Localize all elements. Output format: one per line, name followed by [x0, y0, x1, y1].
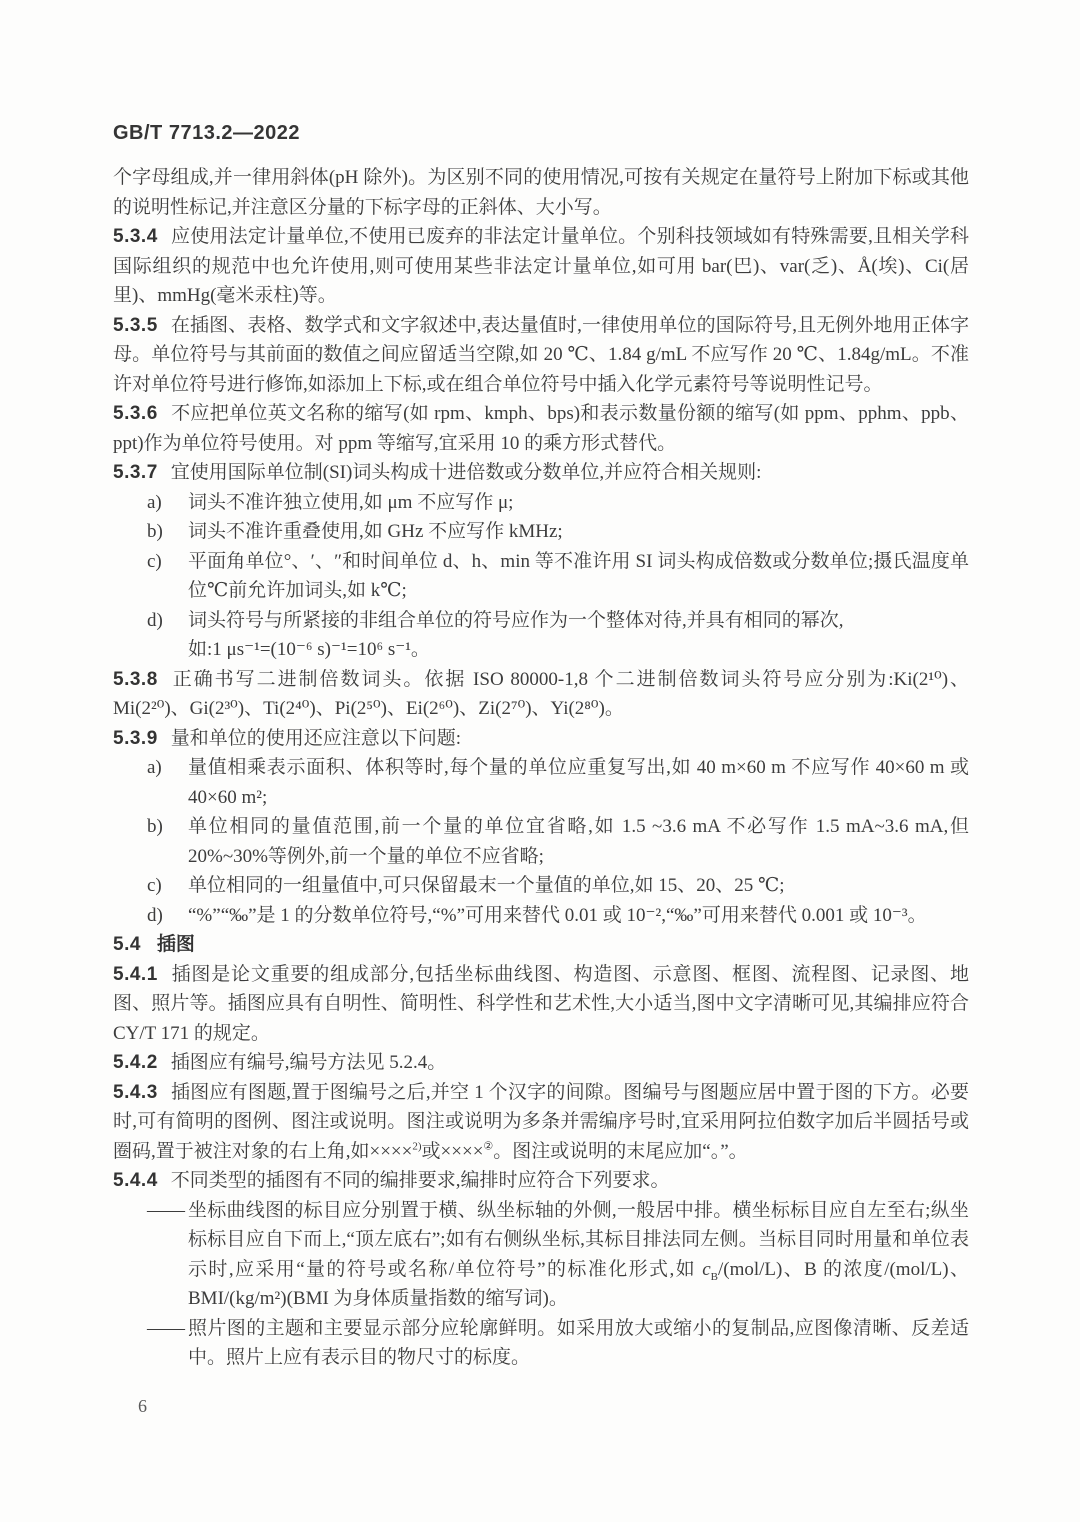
list-item-line1: 词头符号与所紧接的非组合单位的符号应作为一个整体对待,并具有相同的幂次, [188, 610, 844, 631]
clause-5-4-2: 5.4.2插图应有编号,编号方法见 5.2.4。 [113, 1048, 969, 1078]
clause-5-3-4: 5.3.4应使用法定计量单位,不使用已废弃的非法定计量单位。个别科技领域如有特殊… [113, 222, 969, 311]
list-item-d: d) “%”“‰”是 1 的分数单位符号,“%”可用来替代 0.01 或 10⁻… [113, 901, 969, 931]
clause-5-3-7-list: a) 词头不准许独立使用,如 μm 不应写作 μ; b) 词头不准许重叠使用,如… [113, 488, 969, 665]
clause-5-3-9: 5.3.9量和单位的使用还应注意以下问题: [113, 724, 969, 754]
clause-text: 在插图、表格、数学式和文字叙述中,表达量值时,一律使用单位的国际符号,且无例外地… [113, 315, 969, 395]
clause-number: 5.3.7 [113, 462, 158, 483]
clause-5-4-4: 5.4.4不同类型的插图有不同的编排要求,编排时应符合下列要求。 [113, 1166, 969, 1196]
clause-5-4-4-list: —— 坐标曲线图的标目应分别置于横、纵坐标轴的外侧,一般居中排。横坐标标目应自左… [113, 1196, 969, 1373]
list-item-text: “%”“‰”是 1 的分数单位符号,“%”可用来替代 0.01 或 10⁻²,“… [188, 901, 969, 931]
section-title: 插图 [157, 934, 195, 955]
dash-item-coordinate-charts: —— 坐标曲线图的标目应分别置于横、纵坐标轴的外侧,一般居中排。横坐标标目应自左… [113, 1196, 969, 1314]
clause-text: 应使用法定计量单位,不使用已废弃的非法定计量单位。个别科技领域如有特殊需要,且相… [113, 226, 969, 306]
clause-number: 5.4.2 [113, 1052, 158, 1073]
list-item-label: c) [113, 547, 188, 606]
list-item-label: b) [113, 812, 188, 871]
document-page: GB/T 7713.2—2022 个字母组成,并一律用斜体(pH 除外)。为区别… [0, 0, 1080, 1522]
list-item-label: d) [113, 606, 188, 665]
paragraph-continuation: 个字母组成,并一律用斜体(pH 除外)。为区别不同的使用情况,可按有关规定在量符… [113, 163, 969, 222]
list-item-text: 平面角单位°、′、″和时间单位 d、h、min 等不准许用 SI 词头构成倍数或… [188, 547, 969, 606]
clause-number: 5.3.6 [113, 403, 158, 424]
list-item-b: b) 单位相同的量值范围,前一个量的单位宜省略,如 1.5 ~3.6 mA 不必… [113, 812, 969, 871]
page-number: 6 [138, 1396, 147, 1417]
clause-text: 插图是论文重要的组成部分,包括坐标曲线图、构造图、示意图、框图、流程图、记录图、… [113, 964, 969, 1044]
document-body: 个字母组成,并一律用斜体(pH 除外)。为区别不同的使用情况,可按有关规定在量符… [113, 163, 969, 1373]
list-item-label: b) [113, 517, 188, 547]
clause-5-3-8: 5.3.8正确书写二进制倍数词头。依据 ISO 80000-1,8 个二进制倍数… [113, 665, 969, 724]
clause-number: 5.4.3 [113, 1082, 158, 1103]
standard-number-header: GB/T 7713.2—2022 [113, 122, 300, 145]
clause-5-4-1: 5.4.1插图是论文重要的组成部分,包括坐标曲线图、构造图、示意图、框图、流程图… [113, 960, 969, 1049]
clause-text: 宜使用国际单位制(SI)词头构成十进倍数或分数单位,并应符合相关规则: [171, 462, 762, 483]
clause-5-3-6: 5.3.6不应把单位英文名称的缩写(如 rpm、kmph、bps)和表示数量份额… [113, 399, 969, 458]
list-item-text: 单位相同的一组量值中,可只保留最末一个量值的单位,如 15、20、25 ℃; [188, 871, 969, 901]
list-item-c: c) 单位相同的一组量值中,可只保留最末一个量值的单位,如 15、20、25 ℃… [113, 871, 969, 901]
dash-marker: —— [113, 1314, 188, 1373]
dash-marker: —— [113, 1196, 188, 1314]
section-heading-5-4: 5.4插图 [113, 930, 969, 960]
list-item-text: 量值相乘表示面积、体积等时,每个量的单位应重复写出,如 40 m×60 m 不应… [188, 753, 969, 812]
list-item-label: a) [113, 488, 188, 518]
clause-number: 5.3.8 [113, 669, 158, 690]
list-item-label: d) [113, 901, 188, 931]
clause-number: 5.3.4 [113, 226, 158, 247]
list-item-b: b) 词头不准许重叠使用,如 GHz 不应写作 kMHz; [113, 517, 969, 547]
list-item-text: 单位相同的量值范围,前一个量的单位宜省略,如 1.5 ~3.6 mA 不必写作 … [188, 812, 969, 871]
list-item-c: c) 平面角单位°、′、″和时间单位 d、h、min 等不准许用 SI 词头构成… [113, 547, 969, 606]
clause-text: 插图应有图题,置于图编号之后,并空 1 个汉字的间隙。图编号与图题应居中置于图的… [113, 1082, 969, 1162]
clause-text: 不应把单位英文名称的缩写(如 rpm、kmph、bps)和表示数量份额的缩写(如… [113, 403, 969, 454]
list-item-label: a) [113, 753, 188, 812]
list-item-a: a) 量值相乘表示面积、体积等时,每个量的单位应重复写出,如 40 m×60 m… [113, 753, 969, 812]
list-item-text: 词头符号与所紧接的非组合单位的符号应作为一个整体对待,并具有相同的幂次,如:1 … [188, 606, 969, 665]
list-item-text: 词头不准许重叠使用,如 GHz 不应写作 kMHz; [188, 517, 969, 547]
list-item-a: a) 词头不准许独立使用,如 μm 不应写作 μ; [113, 488, 969, 518]
clause-5-3-9-list: a) 量值相乘表示面积、体积等时,每个量的单位应重复写出,如 40 m×60 m… [113, 753, 969, 930]
clause-number: 5.3.5 [113, 315, 158, 336]
clause-5-3-7: 5.3.7宜使用国际单位制(SI)词头构成十进倍数或分数单位,并应符合相关规则: [113, 458, 969, 488]
list-item-label: c) [113, 871, 188, 901]
clause-text: 不同类型的插图有不同的编排要求,编排时应符合下列要求。 [171, 1170, 670, 1191]
clause-number: 5.4.4 [113, 1170, 158, 1191]
section-number: 5.4 [113, 934, 141, 955]
clause-number: 5.3.9 [113, 728, 158, 749]
list-item-text: 词头不准许独立使用,如 μm 不应写作 μ; [188, 488, 969, 518]
clause-5-4-3: 5.4.3插图应有图题,置于图编号之后,并空 1 个汉字的间隙。图编号与图题应居… [113, 1078, 969, 1167]
clause-number: 5.4.1 [113, 964, 158, 985]
dash-item-text: 坐标曲线图的标目应分别置于横、纵坐标轴的外侧,一般居中排。横坐标标目应自左至右;… [188, 1196, 969, 1314]
clause-text: 插图应有编号,编号方法见 5.2.4。 [171, 1052, 447, 1073]
dash-item-photos: —— 照片图的主题和主要显示部分应轮廓鲜明。如采用放大或缩小的复制品,应图像清晰… [113, 1314, 969, 1373]
clause-text: 正确书写二进制倍数词头。依据 ISO 80000-1,8 个二进制倍数词头符号应… [113, 669, 969, 720]
dash-item-text: 照片图的主题和主要显示部分应轮廓鲜明。如采用放大或缩小的复制品,应图像清晰、反差… [188, 1314, 969, 1373]
formula: 如:1 μs⁻¹=(10⁻⁶ s)⁻¹=10⁶ s⁻¹。 [188, 639, 430, 660]
clause-5-3-5: 5.3.5在插图、表格、数学式和文字叙述中,表达量值时,一律使用单位的国际符号,… [113, 311, 969, 400]
list-item-d: d) 词头符号与所紧接的非组合单位的符号应作为一个整体对待,并具有相同的幂次,如… [113, 606, 969, 665]
clause-text: 量和单位的使用还应注意以下问题: [171, 728, 461, 749]
